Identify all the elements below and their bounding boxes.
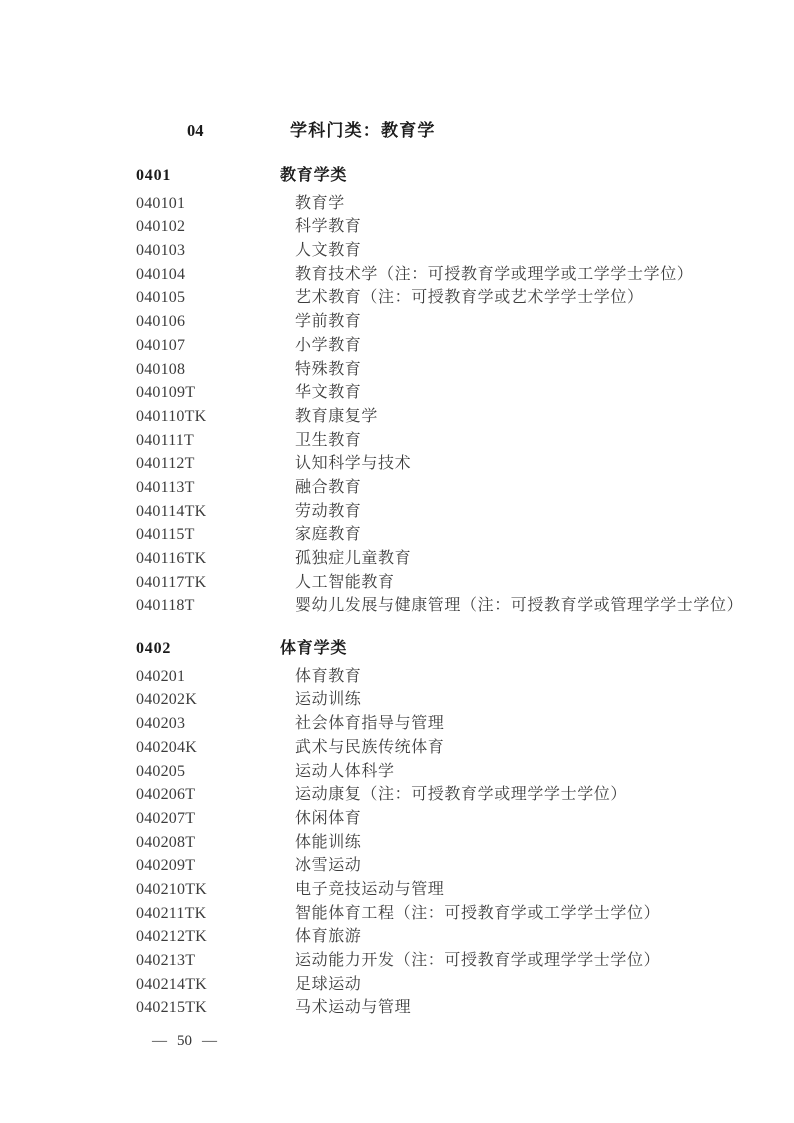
major-code: 040215TK: [136, 996, 280, 1020]
footer-left-dash: —: [152, 1029, 167, 1053]
major-code: 040204K: [136, 736, 280, 760]
major-row: 040113T融合教育: [136, 476, 764, 500]
major-name: 体育教育: [280, 665, 361, 689]
major-row: 040207T休闲体育: [136, 807, 764, 831]
major-name: 科学教育: [280, 215, 361, 239]
major-row: 040209T冰雪运动: [136, 854, 764, 878]
major-code: 040117TK: [136, 571, 280, 595]
major-name: 智能体育工程（注：可授教育学或工学学士学位）: [280, 902, 660, 926]
major-row: 040106学前教育: [136, 310, 764, 334]
major-name: 运动人体科学: [280, 760, 395, 784]
major-row: 040101教育学: [136, 192, 764, 216]
major-row: 040201体育教育: [136, 665, 764, 689]
major-row: 040206T运动康复（注：可授教育学或理学学士学位）: [136, 783, 764, 807]
section-code: 0401: [136, 164, 280, 188]
major-row: 040213T运动能力开发（注：可授教育学或理学学士学位）: [136, 949, 764, 973]
major-name: 婴幼儿发展与健康管理（注：可授教育学或管理学学士学位）: [280, 594, 743, 618]
major-code: 040118T: [136, 594, 280, 618]
discipline-section: 0402体育学类040201体育教育040202K运动训练040203社会体育指…: [136, 637, 764, 1020]
major-row: 040118T婴幼儿发展与健康管理（注：可授教育学或管理学学士学位）: [136, 594, 764, 618]
major-row: 040107小学教育: [136, 334, 764, 358]
major-name: 教育学: [280, 192, 345, 216]
category-title: 学科门类：教育学: [280, 119, 436, 143]
major-code: 040214TK: [136, 973, 280, 997]
major-code: 040102: [136, 215, 280, 239]
major-row: 040114TK劳动教育: [136, 500, 764, 524]
major-name: 足球运动: [280, 973, 361, 997]
major-code: 040105: [136, 286, 280, 310]
catalog-sections: 0401教育学类040101教育学040102科学教育040103人文教育040…: [136, 164, 764, 1020]
major-code: 040103: [136, 239, 280, 263]
major-code: 040203: [136, 712, 280, 736]
major-name: 教育康复学: [280, 405, 378, 429]
major-code: 040116TK: [136, 547, 280, 571]
major-code: 040111T: [136, 429, 280, 453]
major-code: 040209T: [136, 854, 280, 878]
major-row: 040203社会体育指导与管理: [136, 712, 764, 736]
major-row: 040214TK足球运动: [136, 973, 764, 997]
page-number: 50: [177, 1029, 192, 1053]
major-code: 040109T: [136, 381, 280, 405]
major-row: 040104教育技术学（注：可授教育学或理学或工学学士学位）: [136, 263, 764, 287]
major-name: 教育技术学（注：可授教育学或理学或工学学士学位）: [280, 263, 693, 287]
major-row: 040202K运动训练: [136, 688, 764, 712]
major-row: 040115T家庭教育: [136, 523, 764, 547]
major-name: 华文教育: [280, 381, 361, 405]
major-code: 040212TK: [136, 925, 280, 949]
major-name: 学前教育: [280, 310, 361, 334]
major-row: 040112T认知科学与技术: [136, 452, 764, 476]
major-code: 040106: [136, 310, 280, 334]
major-name: 马术运动与管理: [280, 996, 411, 1020]
major-name: 家庭教育: [280, 523, 361, 547]
section-header-row: 0402体育学类: [136, 637, 764, 661]
major-code: 040201: [136, 665, 280, 689]
major-code: 040208T: [136, 831, 280, 855]
major-code: 040112T: [136, 452, 280, 476]
major-name: 武术与民族传统体育: [280, 736, 444, 760]
major-row: 040108特殊教育: [136, 358, 764, 382]
major-name: 劳动教育: [280, 500, 361, 524]
major-code: 040213T: [136, 949, 280, 973]
major-row: 040204K武术与民族传统体育: [136, 736, 764, 760]
major-name: 体育旅游: [280, 925, 361, 949]
major-row: 040208T体能训练: [136, 831, 764, 855]
major-name: 孤独症儿童教育: [280, 547, 411, 571]
major-row: 040110TK教育康复学: [136, 405, 764, 429]
major-name: 冰雪运动: [280, 854, 361, 878]
major-name: 人工智能教育: [280, 571, 395, 595]
major-code: 040104: [136, 263, 280, 287]
section-name: 教育学类: [280, 164, 347, 188]
discipline-section: 0401教育学类040101教育学040102科学教育040103人文教育040…: [136, 164, 764, 618]
major-name: 小学教育: [280, 334, 361, 358]
major-code: 040114TK: [136, 500, 280, 524]
major-name: 社会体育指导与管理: [280, 712, 444, 736]
major-name: 电子竞技运动与管理: [280, 878, 444, 902]
major-row: 040210TK电子竞技运动与管理: [136, 878, 764, 902]
major-row: 040111T卫生教育: [136, 429, 764, 453]
major-name: 卫生教育: [280, 429, 361, 453]
major-name: 融合教育: [280, 476, 361, 500]
major-name: 艺术教育（注：可授教育学或艺术学学士学位）: [280, 286, 644, 310]
major-name: 特殊教育: [280, 358, 361, 382]
major-row: 040102科学教育: [136, 215, 764, 239]
major-row: 040117TK人工智能教育: [136, 571, 764, 595]
major-name: 人文教育: [280, 239, 361, 263]
document-page: 04 学科门类：教育学 0401教育学类040101教育学040102科学教育0…: [0, 0, 794, 1123]
category-code: 04: [136, 119, 280, 143]
major-code: 040205: [136, 760, 280, 784]
footer-right-dash: —: [202, 1029, 217, 1053]
major-row: 040109T华文教育: [136, 381, 764, 405]
major-code: 040115T: [136, 523, 280, 547]
major-code: 040107: [136, 334, 280, 358]
major-name: 认知科学与技术: [280, 452, 411, 476]
major-code: 040207T: [136, 807, 280, 831]
major-code: 040211TK: [136, 902, 280, 926]
major-code: 040210TK: [136, 878, 280, 902]
major-code: 040110TK: [136, 405, 280, 429]
section-code: 0402: [136, 637, 280, 661]
major-code: 040202K: [136, 688, 280, 712]
major-code: 040113T: [136, 476, 280, 500]
major-code: 040206T: [136, 783, 280, 807]
major-name: 体能训练: [280, 831, 361, 855]
section-header-row: 0401教育学类: [136, 164, 764, 188]
major-row: 040116TK孤独症儿童教育: [136, 547, 764, 571]
section-name: 体育学类: [280, 637, 347, 661]
major-row: 040105艺术教育（注：可授教育学或艺术学学士学位）: [136, 286, 764, 310]
major-name: 休闲体育: [280, 807, 361, 831]
major-row: 040211TK智能体育工程（注：可授教育学或工学学士学位）: [136, 902, 764, 926]
major-row: 040212TK体育旅游: [136, 925, 764, 949]
major-code: 040108: [136, 358, 280, 382]
major-name: 运动训练: [280, 688, 361, 712]
major-name: 运动康复（注：可授教育学或理学学士学位）: [280, 783, 627, 807]
page-footer: — 50 —: [152, 1029, 764, 1053]
major-row: 040103人文教育: [136, 239, 764, 263]
major-code: 040101: [136, 192, 280, 216]
category-header: 04 学科门类：教育学: [136, 119, 764, 143]
major-row: 040205运动人体科学: [136, 760, 764, 784]
major-name: 运动能力开发（注：可授教育学或理学学士学位）: [280, 949, 660, 973]
major-row: 040215TK马术运动与管理: [136, 996, 764, 1020]
